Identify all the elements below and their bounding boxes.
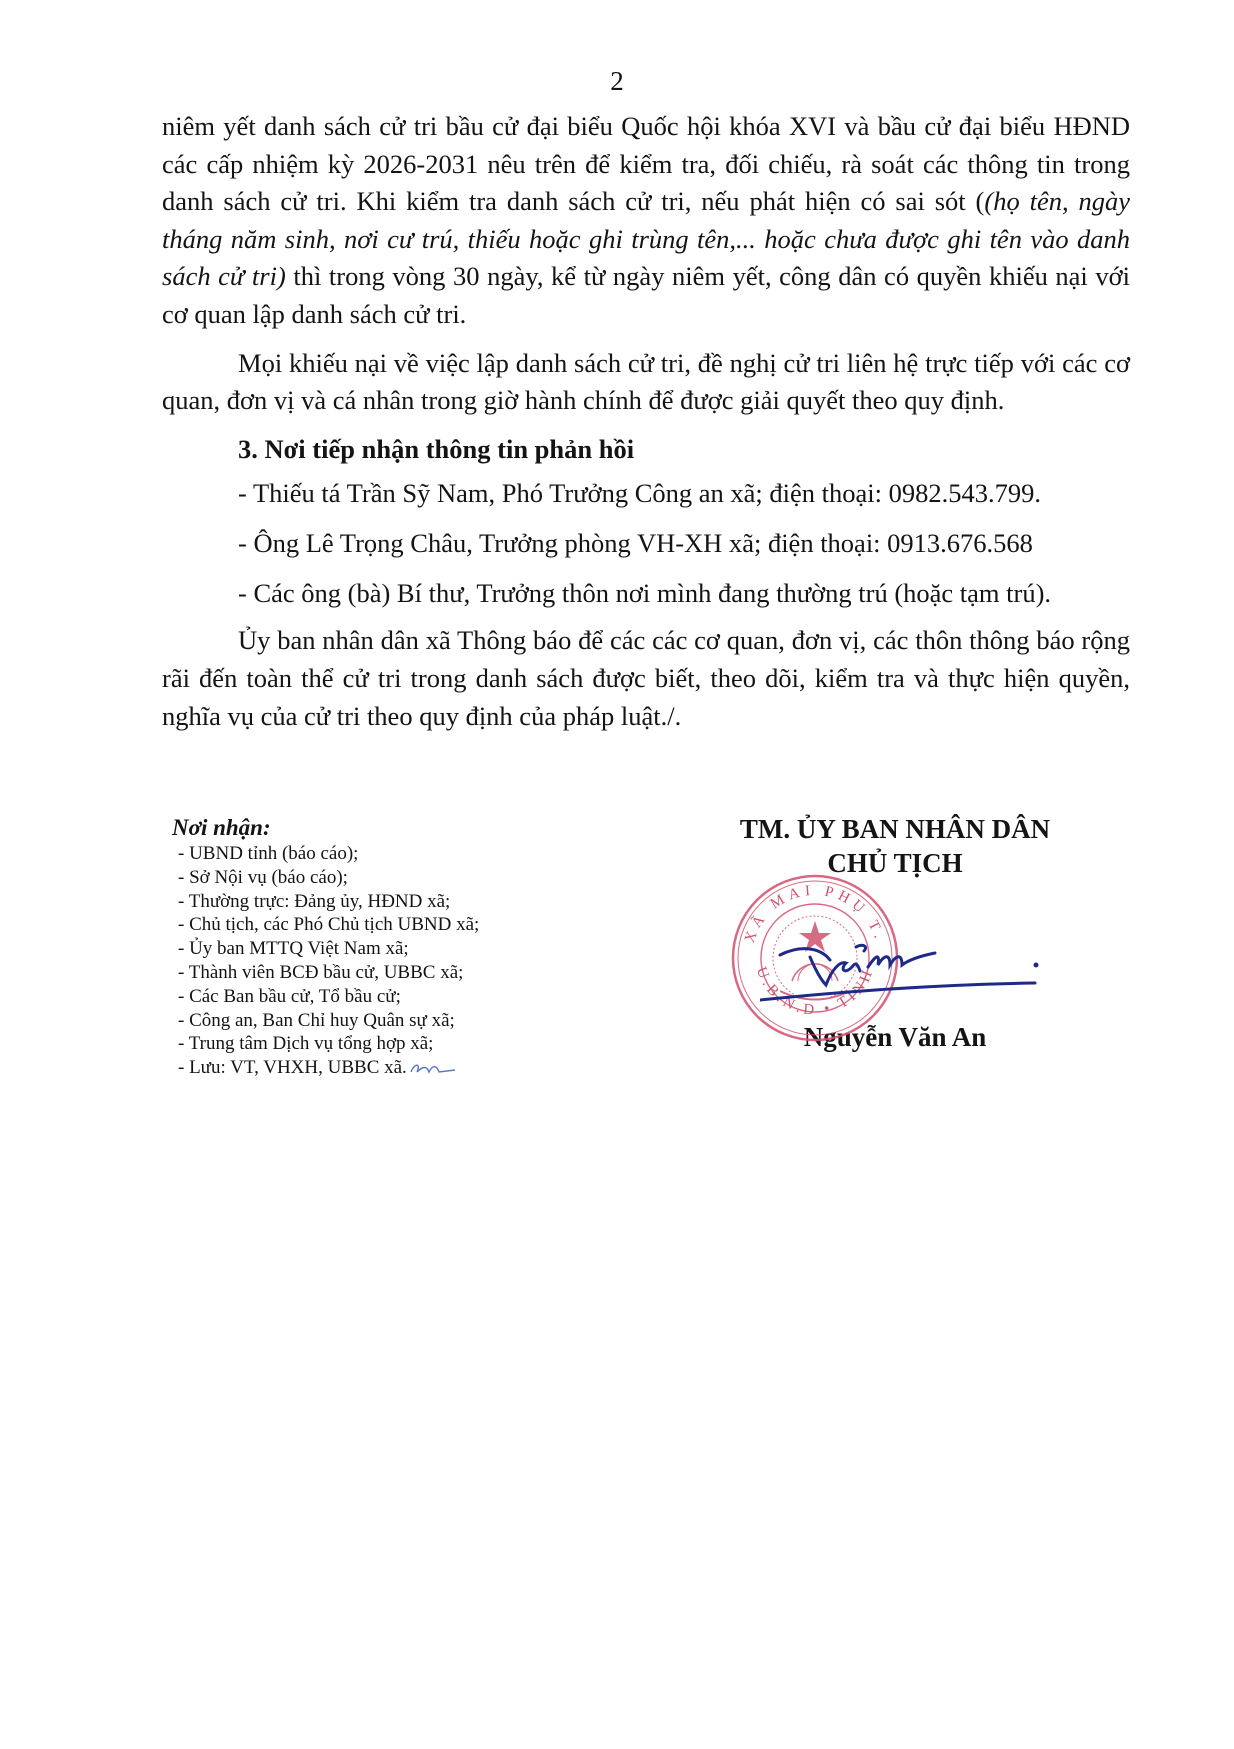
contact-item: - Ông Lê Trọng Châu, Trưởng phòng VH-XH … — [162, 518, 1130, 568]
recipient-item: - Thành viên BCĐ bầu cử, UBBC xã; — [172, 961, 572, 985]
recipient-item: - Thường trực: Đảng ủy, HĐND xã; — [172, 890, 572, 914]
recipient-item: - Công an, Ban Chỉ huy Quân sự xã; — [172, 1009, 572, 1033]
contact-item: - Thiếu tá Trần Sỹ Nam, Phó Trưởng Công … — [162, 468, 1130, 518]
recipients-block: Nơi nhận: - UBND tỉnh (báo cáo); - Sở Nộ… — [172, 814, 572, 1080]
initial-mark-icon — [407, 1060, 459, 1078]
signature-block: TM. ỦY BAN NHÂN DÂN CHỦ TỊCH Nguyễn Văn … — [690, 812, 1100, 880]
document-body: niêm yết danh sách cử tri bầu cử đại biể… — [162, 108, 1130, 735]
handwritten-signature-icon — [760, 925, 1060, 1005]
recipients-title: Nơi nhận: — [172, 814, 572, 842]
paragraph-voter-list: niêm yết danh sách cử tri bầu cử đại biể… — [162, 108, 1130, 334]
recipient-item-archive: - Lưu: VT, VHXH, UBBC xã. — [172, 1056, 572, 1080]
recipient-item: - Ủy ban MTTQ Việt Nam xã; — [172, 937, 572, 961]
paragraph-complaints: Mọi khiếu nại về việc lập danh sách cử t… — [162, 345, 1130, 420]
contact-item: - Các ông (bà) Bí thư, Trưởng thôn nơi m… — [162, 568, 1130, 618]
signature-org: TM. ỦY BAN NHÂN DÂN — [690, 812, 1100, 846]
para1-post: thì trong vòng 30 ngày, kể từ ngày niêm … — [162, 261, 1130, 329]
recipient-item: - UBND tỉnh (báo cáo); — [172, 842, 572, 866]
recipient-item: - Sở Nội vụ (báo cáo); — [172, 866, 572, 890]
recipient-item: - Chủ tịch, các Phó Chủ tịch UBND xã; — [172, 913, 572, 937]
recipient-item: - Trung tâm Dịch vụ tổng hợp xã; — [172, 1032, 572, 1056]
paragraph-closing: Ủy ban nhân dân xã Thông báo để các các … — [162, 622, 1130, 735]
section-3-heading: 3. Nơi tiếp nhận thông tin phản hồi — [162, 431, 1130, 469]
recipient-item: - Các Ban bầu cử, Tổ bầu cử; — [172, 985, 572, 1009]
page-number: 2 — [0, 66, 1234, 97]
